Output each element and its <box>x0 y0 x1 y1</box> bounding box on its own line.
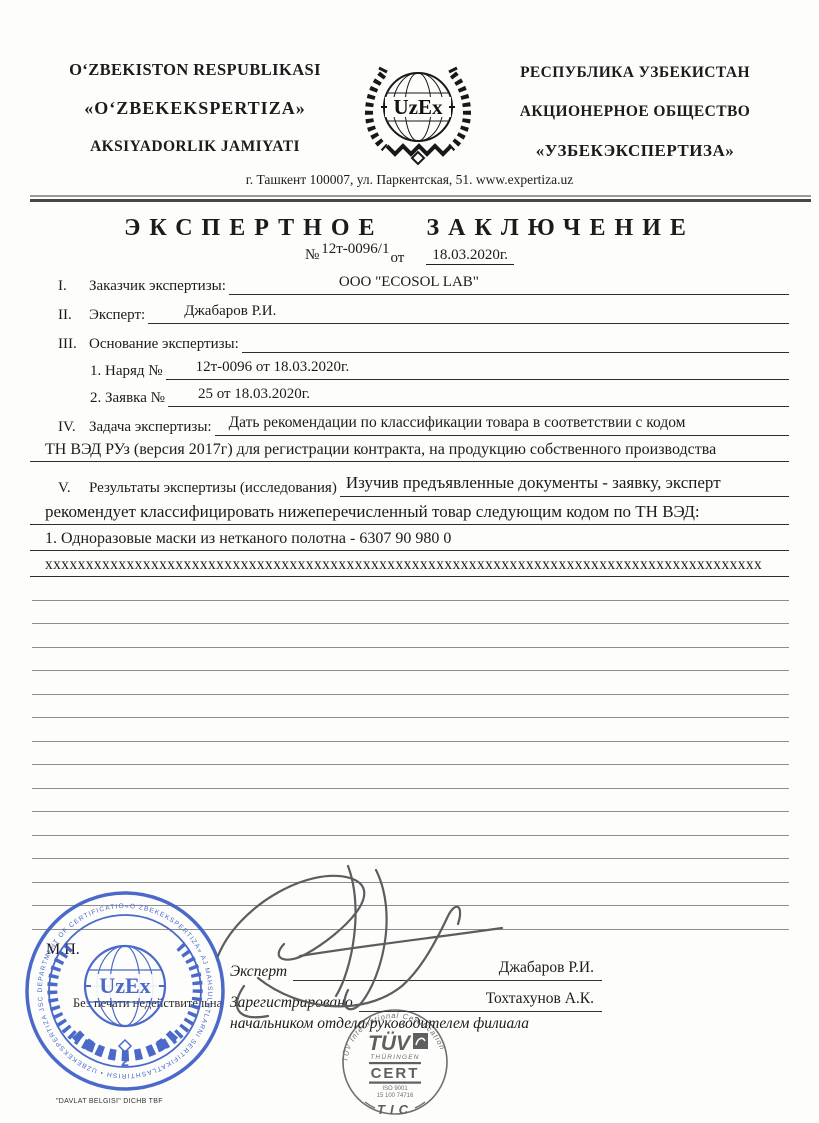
field-basis: III. Основание экспертизы: <box>45 324 789 353</box>
field-expert-line: Джабаров Р.И. <box>148 294 789 324</box>
field-customer-value: ООО "ECOSOL LAB" <box>339 274 479 291</box>
filler-x-line: xxxxxxxxxxxxxxxxxxxxxxxxxxxxxxxxxxxxxxxx… <box>30 551 789 577</box>
field-basis-line <box>242 323 789 353</box>
field-order: 1. Наряд № 12т-0096 от 18.03.2020г. <box>90 353 789 380</box>
field-application-line: 25 от 18.03.2020г. <box>168 379 789 407</box>
field-task: IV. Задача экспертизы: Дать рекомендации… <box>45 407 789 436</box>
field-results-num: V. <box>45 480 89 497</box>
field-customer-label: Заказчик экспертизы: <box>89 278 229 295</box>
field-customer: I. Заказчик экспертизы: ООО "ECOSOL LAB" <box>45 266 789 295</box>
tuv-cert-number: 15 100 74716 <box>377 1093 414 1099</box>
blank-ruled-line <box>32 648 789 672</box>
uzex-round-stamp-icon: «O‘ZBEKEKSPERTIZA» AJ MAHSULOTLARNI SERT… <box>20 886 230 1096</box>
tuv-iso-text: ISO 9001 <box>382 1086 408 1092</box>
blank-ruled-line <box>32 577 789 601</box>
org-address: г. Ташкент 100007, ул. Паркентская, 51. … <box>0 172 819 188</box>
blank-ruled-line <box>32 718 789 742</box>
field-basis-num: III. <box>45 336 89 353</box>
field-application-value: 25 от 18.03.2020г. <box>198 386 310 403</box>
field-task-num: IV. <box>45 419 89 436</box>
expertise-form: I. Заказчик экспертизы: ООО "ECOSOL LAB"… <box>45 266 789 930</box>
field-basis-label: Основание экспертизы: <box>89 336 242 353</box>
field-results-line: Изучив предъявленные документы - заявку,… <box>340 467 789 497</box>
tuv-brand-text: TÜV <box>368 1032 412 1055</box>
uzex-stamp-number: 2 <box>121 1053 129 1069</box>
field-expert: II. Эксперт: Джабаров Р.И. <box>45 295 789 324</box>
field-task-line: Дать рекомендации по классификации товар… <box>215 406 789 436</box>
field-expert-value: Джабаров Р.И. <box>184 303 276 320</box>
org-type-uz: AKSIYADORLIK JAMIYATI <box>40 138 350 156</box>
blank-ruled-line <box>32 742 789 766</box>
number-ot: от <box>390 250 404 266</box>
blank-ruled-line <box>32 624 789 648</box>
org-country-ru: РЕСПУБЛИКА УЗБЕКИСТАН <box>485 64 785 82</box>
org-name-ru: «УЗБЕКЭКСПЕРТИЗА» <box>485 141 785 161</box>
blank-ruled-line <box>32 836 789 860</box>
field-customer-num: I. <box>45 278 89 295</box>
uzex-logo-text: UzEx <box>393 95 442 119</box>
field-application-label: 2. Заявка № <box>90 390 168 407</box>
classified-item: 1. Одноразовые маски из нетканого полотн… <box>30 525 789 551</box>
blank-ruled-line <box>32 695 789 719</box>
field-task-value: Дать рекомендации по классификации товар… <box>229 414 686 432</box>
document-number: 12т-0096/1 <box>321 241 389 257</box>
field-order-value: 12т-0096 от 18.03.2020г. <box>196 359 350 376</box>
org-type-ru: АКЦИОНЕРНОЕ ОБЩЕСТВО <box>485 103 785 121</box>
field-application: 2. Заявка № 25 от 18.03.2020г. <box>90 380 789 407</box>
field-task-label: Задача экспертизы: <box>89 419 215 436</box>
handwritten-signature-icon <box>200 858 530 1023</box>
field-order-line: 12т-0096 от 18.03.2020г. <box>166 352 789 380</box>
letterhead-russian: РЕСПУБЛИКА УЗБЕКИСТАН АКЦИОНЕРНОЕ ОБЩЕСТ… <box>485 52 785 161</box>
uzex-stamp-center-text: UzEx <box>99 973 150 998</box>
tuv-tic-text: TIC <box>377 1102 413 1117</box>
number-sign: № <box>305 247 319 263</box>
blank-ruled-line <box>32 765 789 789</box>
blank-ruled-line <box>32 812 789 836</box>
uzex-logo-icon: UzEx <box>357 52 479 168</box>
field-results-value: Изучив предъявленные документы - заявку,… <box>346 473 721 493</box>
document-date: 18.03.2020г. <box>426 247 514 265</box>
field-order-label: 1. Наряд № <box>90 363 166 380</box>
tuv-region-text: THÜRINGEN <box>370 1053 419 1061</box>
letterhead: O‘ZBEKISTON RESPUBLIKASI «O‘ZBEKEKSPERTI… <box>0 0 819 168</box>
blank-ruled-line <box>32 601 789 625</box>
field-expert-label: Эксперт: <box>89 307 148 324</box>
header-divider <box>30 195 811 202</box>
field-results-continuation: рекомендует классифицировать нижеперечис… <box>30 497 789 525</box>
field-task-continuation: ТН ВЭД РУз (версия 2017г) для регистраци… <box>30 436 789 462</box>
field-customer-line: ООО "ECOSOL LAB" <box>229 265 789 295</box>
blank-ruled-line <box>32 671 789 695</box>
tuv-cert-text: CERT <box>371 1065 420 1082</box>
letterhead-uzbek: O‘ZBEKISTON RESPUBLIKASI «O‘ZBEKEKSPERTI… <box>40 52 350 156</box>
document-page: O‘ZBEKISTON RESPUBLIKASI «O‘ZBEKEKSPERTI… <box>0 0 819 1123</box>
org-country-uz: O‘ZBEKISTON RESPUBLIKASI <box>40 60 350 80</box>
field-results-label: Результаты экспертизы (исследования) <box>89 480 340 497</box>
print-house-note: "DAVLAT BELGISI" DICHB TBF <box>56 1098 163 1105</box>
document-number-line: №12т-0096/1от18.03.2020г. <box>0 247 819 264</box>
blank-ruled-line <box>32 789 789 813</box>
field-results: V. Результаты экспертизы (исследования) … <box>45 468 789 497</box>
document-title: ЭКСПЕРТНОЕ ЗАКЛЮЧЕНИЕ <box>0 215 819 242</box>
org-name-uz: «O‘ZBEKEKSPERTIZA» <box>40 98 350 119</box>
field-expert-num: II. <box>45 307 89 324</box>
uzex-logo: UzEx <box>357 52 479 168</box>
